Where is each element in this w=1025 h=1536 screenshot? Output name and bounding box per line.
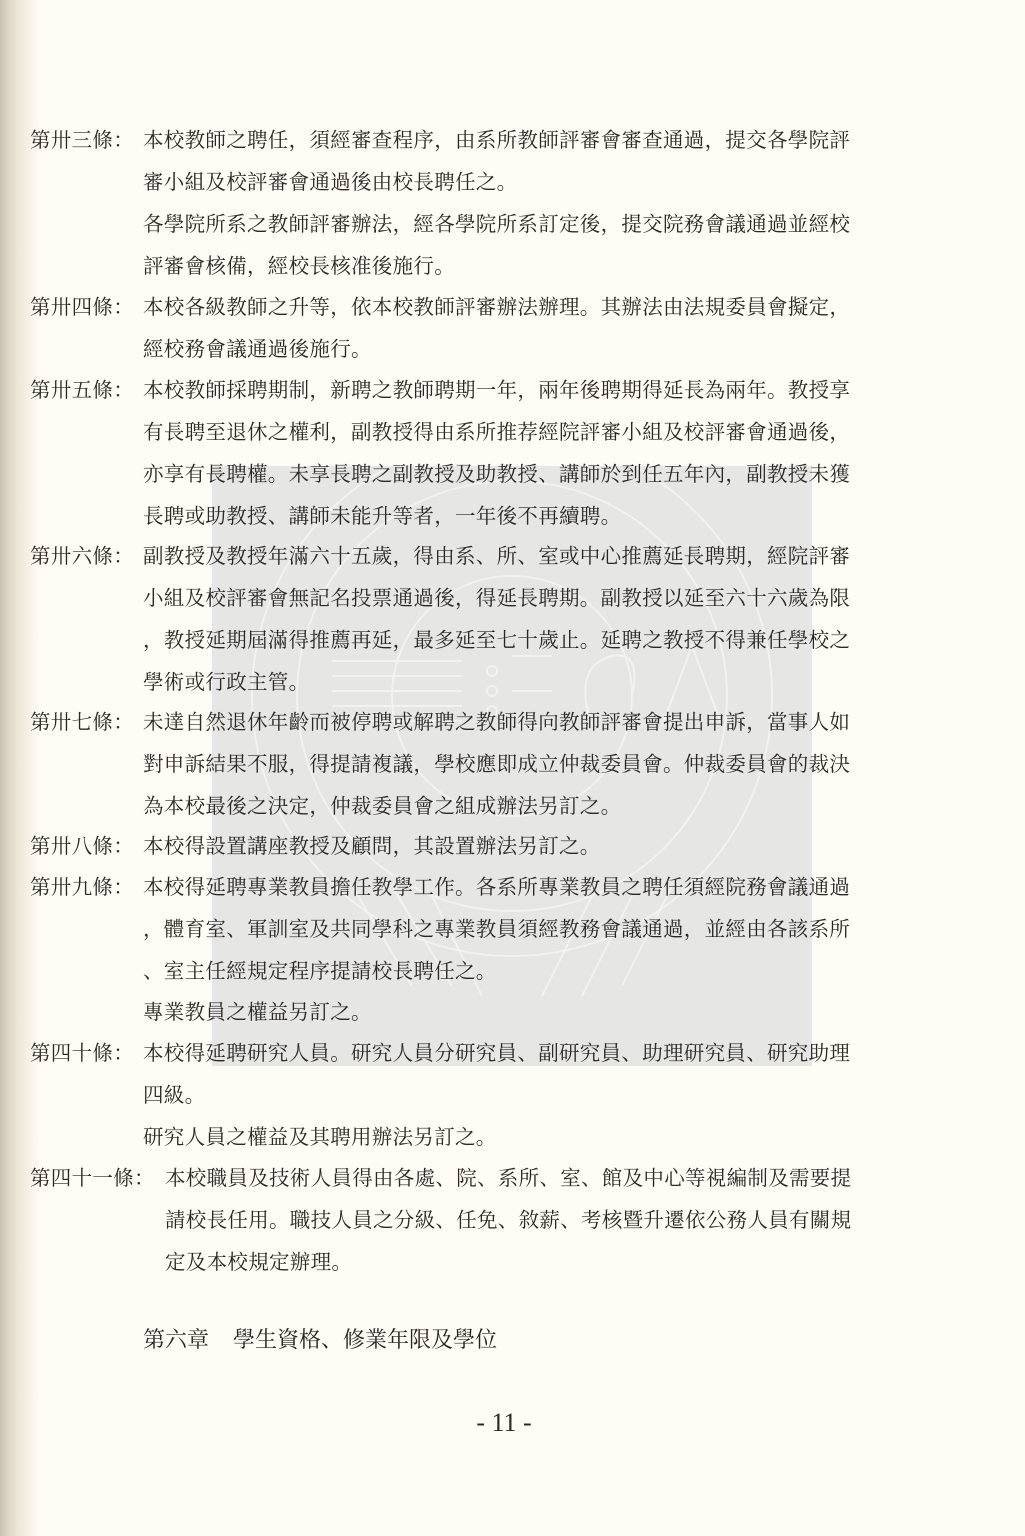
article-text-line: 本校得設置講座教授及顧問，其設置辦法另訂之。 [143,831,601,861]
article-text-line: 本校教師之聘任，須經審查程序，由系所教師評審會審查通過，提交各學院評 [143,125,850,155]
article-text-line: 副教授及教授年滿六十五歲，得由系、所、室或中心推薦延長聘期，經院評審 [143,541,850,571]
article-text-line: 有長聘至退休之權利，副教授得由系所推荐經院評審小組及校評審會通過後， [143,417,850,447]
article-text-line: 為本校最後之決定，仲裁委員會之組成辦法另訂之。 [143,791,621,821]
article-text-line: 對申訴結果不服，得提請複議，學校應即成立仲裁委員會。仲裁委員會的裁決 [143,749,850,779]
article-label: 第卅三條： [30,125,134,155]
article-label: 第四十一條： [30,1163,155,1193]
chapter-title: 學生資格、修業年限及學位 [233,1328,497,1353]
article-label: 第卅七條： [30,707,134,737]
article-text-line: 專業教員之權益另訂之。 [143,997,372,1027]
article-text-line: 研究人員之權益及其聘用辦法另訂之。 [143,1122,497,1152]
chapter-heading: 第六章學生資格、修業年限及學位 [143,1325,497,1357]
article-label: 第卅四條： [30,292,134,322]
article-text-line: 評審會核備，經校長核准後施行。 [143,251,455,281]
article-text-line: 審小組及校評審會通過後由校長聘任之。 [143,167,517,197]
article-label: 第四十條： [30,1038,134,1068]
article-text-line: ，體育室、軍訓室及共同學科之專業教員須經教務會議通過，並經由各該系所 [143,914,850,944]
article-label: 第卅五條： [30,375,134,405]
article-text-line: 未達自然退休年齡而被停聘或解聘之教師得向教師評審會提出申訴，當事人如 [143,707,850,737]
article-label: 第卅六條： [30,541,134,571]
article-text-line: 經校務會議通過後施行。 [143,334,372,364]
article-text-line: 本校各級教師之升等，依本校教師評審辦法辦理。其辦法由法規委員會擬定， [143,292,850,322]
article-text-line: 長聘或助教授、講師未能升等者，一年後不再續聘。 [143,501,621,531]
page-edge-shadow [0,0,40,1536]
page-number: - 11 - [0,1408,1008,1438]
article-text-line: 本校得延聘專業教員擔任教學工作。各系所專業教員之聘任須經院務會議通過 [143,872,850,902]
article-text-line: 小組及校評審會無記名投票通過後，得延長聘期。副教授以延至六十六歲為限 [143,583,850,613]
article-label: 第卅八條： [30,831,134,861]
article-text-line: ，教授延期屆滿得推薦再延，最多延至七十歲止。延聘之教授不得兼任學校之 [143,625,850,655]
article-text-line: 學術或行政主管。 [143,667,309,697]
article-text-line: 本校教師採聘期制，新聘之教師聘期一年，兩年後聘期得延長為兩年。教授享 [143,375,850,405]
article-text-line: 本校得延聘研究人員。研究人員分研究員、副研究員、助理研究員、研究助理 [143,1038,850,1068]
article-text-line: 四級。 [143,1080,205,1110]
article-text-line: 亦享有長聘權。未享長聘之副教授及助教授、講師於到任五年內，副教授未獲 [143,459,850,489]
article-label: 第卅九條： [30,872,134,902]
article-text-line: 請校長任用。職技人員之分級、任免、敘薪、考核暨升遷依公務人員有關規 [165,1205,851,1235]
article-text-line: 本校職員及技術人員得由各處、院、系所、室、館及中心等視編制及需要提 [165,1163,851,1193]
article-text-line: 各學院所系之教師評審辦法，經各學院所系訂定後，提交院務會議通過並經校 [143,209,850,239]
chapter-number: 第六章 [143,1328,209,1353]
article-text-line: 、室主任經規定程序提請校長聘任之。 [143,956,497,986]
article-text-line: 定及本校規定辦理。 [165,1247,352,1277]
